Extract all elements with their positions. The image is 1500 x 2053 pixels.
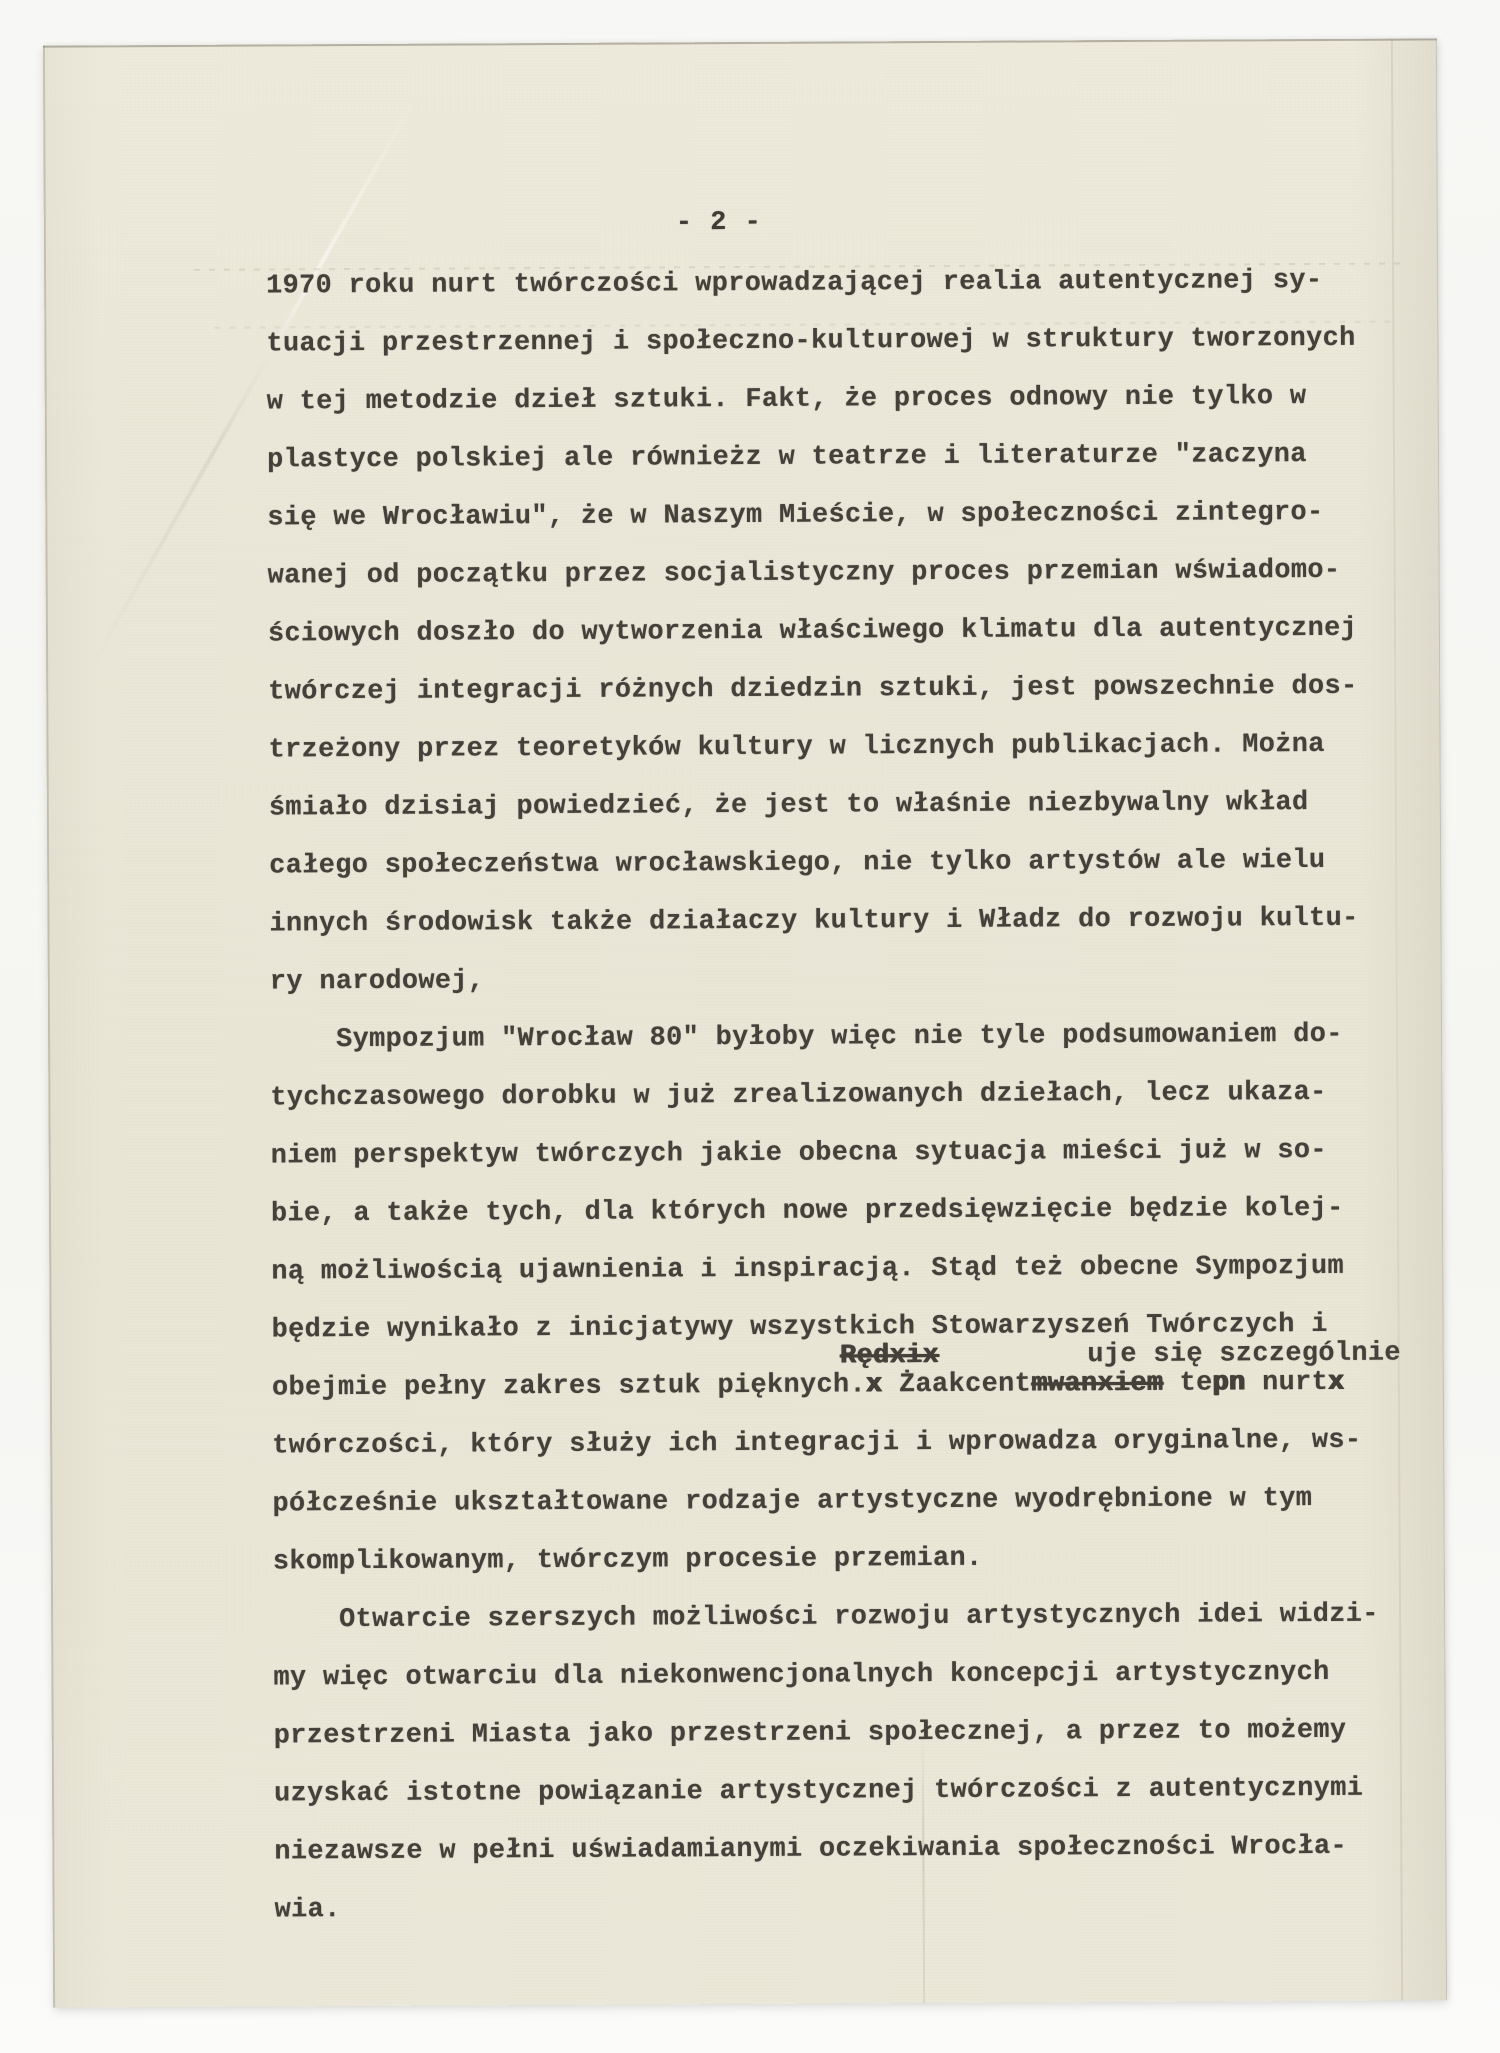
text-segment: ściowych doszło do wytworzenia właściweg…: [268, 614, 1357, 650]
text-segment: 1970 roku nurt twórczości wprowadzającej…: [266, 266, 1322, 302]
document-line: bie, a także tych, dla których nowe prze…: [271, 1180, 1411, 1244]
document-line: ściowych doszło do wytworzenia właściweg…: [268, 600, 1408, 664]
overstruck-text: pn: [1213, 1368, 1246, 1398]
document-line: uzyskać istotne powiązanie artystycznej …: [274, 1760, 1414, 1824]
document-line: się we Wrocławiu", że w Naszym Mieście, …: [267, 484, 1407, 548]
document-line: śmiało dzisiaj powiedzieć, że jest to wł…: [269, 774, 1409, 838]
document-line: tychczasowego dorobku w już zrealizowany…: [270, 1064, 1410, 1128]
text-segment: skomplikowanym, twórczym procesie przemi…: [273, 1544, 983, 1578]
text-segment: bie, a także tych, dla których nowe prze…: [271, 1194, 1344, 1230]
text-segment: półcześnie ukształtowane rodzaje artysty…: [272, 1484, 1312, 1519]
document-line: przestrzeni Miasta jako przestrzeni społ…: [274, 1702, 1414, 1766]
text-segment: Otwarcie szerszych możliwości rozwoju ar…: [273, 1600, 1379, 1636]
paper-sheet: - 2 - 1970 roku nurt twórczości wprowadz…: [43, 38, 1447, 2007]
text-segment: się we Wrocławiu", że w Naszym Mieście, …: [267, 498, 1323, 534]
document-line: wanej od początku przez socjalistyczny p…: [268, 542, 1408, 606]
text-segment: plastyce polskiej ale równieżz w teatrze…: [267, 440, 1307, 475]
text-segment: ną możliwością ujawnienia i inspiracją. …: [271, 1252, 1344, 1288]
text-segment: innych środowisk także działaczy kultury…: [269, 904, 1358, 940]
text-segment: uzyskać istotne powiązanie artystycznej …: [274, 1774, 1363, 1810]
text-segment: Sympozjum "Wrocław 80" byłoby więc nie t…: [270, 1020, 1343, 1056]
text-segment: całego społeczeństwa wrocławskiego, nie …: [269, 846, 1325, 882]
text-segment: w tej metodzie dzieł sztuki. Fakt, że pr…: [267, 382, 1307, 417]
struck-text: mwanxiem: [1031, 1369, 1163, 1400]
document-line: innych środowisk także działaczy kultury…: [269, 890, 1409, 954]
text-segment: Żaakcent: [882, 1370, 1031, 1401]
text-segment: przestrzeni Miasta jako przestrzeni społ…: [274, 1716, 1347, 1752]
text-segment: wanej od początku przez socjalistyczny p…: [268, 556, 1341, 592]
document-line: Sympozjum "Wrocław 80" byłoby więc nie t…: [270, 1006, 1410, 1070]
document-line: całego społeczeństwa wrocławskiego, nie …: [269, 832, 1409, 896]
document-line: niezawsze w pełni uświadamianymi oczekiw…: [274, 1818, 1414, 1882]
document-line: ną możliwością ujawnienia i inspiracją. …: [271, 1238, 1411, 1302]
document-line: Otwarcie szerszych możliwości rozwoju ar…: [273, 1586, 1413, 1650]
text-segment: tychczasowego dorobku w już zrealizowany…: [270, 1078, 1326, 1114]
document-line: w tej metodzie dzieł sztuki. Fakt, że pr…: [267, 368, 1407, 432]
page-number: - 2 -: [676, 208, 762, 238]
text-segment: niezawsze w pełni uświadamianymi oczekiw…: [274, 1832, 1347, 1868]
document-line: tuacji przestrzennej i społeczno-kulturo…: [266, 310, 1406, 374]
text-segment: obejmie pełny zakres sztuk pięknych.: [272, 1370, 866, 1403]
text-lines: 1970 roku nurt twórczości wprowadzającej…: [266, 252, 1415, 1940]
text-segment: twórczej integracji różnych dziedzin szt…: [268, 672, 1357, 708]
struck-text: Rędxix: [840, 1341, 939, 1372]
document-line: my więc otwarciu dla niekonwencjonalnych…: [273, 1644, 1413, 1708]
document-line: twórczej integracji różnych dziedzin szt…: [268, 658, 1408, 722]
document-line: trzeżony przez teoretyków kultury w licz…: [268, 716, 1408, 780]
document-line: skomplikowanym, twórczym procesie przemi…: [273, 1528, 1413, 1592]
document-line: ry narodowej,: [270, 948, 1410, 1012]
text-segment: tuacji przestrzennej i społeczno-kulturo…: [266, 324, 1355, 360]
text-segment: ry narodowej,: [270, 966, 485, 997]
document-line: półcześnie ukształtowane rodzaje artysty…: [272, 1470, 1412, 1534]
document-line: wia.: [274, 1876, 1414, 1940]
text-segment: uje się szczególnie: [939, 1339, 1401, 1371]
text-segment: nurt: [1246, 1368, 1329, 1398]
text-segment: my więc otwarciu dla niekonwencjonalnych…: [273, 1658, 1329, 1694]
document-line: 1970 roku nurt twórczości wprowadzającej…: [266, 252, 1406, 316]
document-line: niem perspektyw twórczych jakie obecna s…: [271, 1122, 1411, 1186]
text-segment: wia.: [275, 1895, 341, 1925]
text-segment: śmiało dzisiaj powiedzieć, że jest to wł…: [269, 788, 1309, 823]
document-line: plastyce polskiej ale równieżz w teatrze…: [267, 426, 1407, 490]
scan-background: - 2 - 1970 roku nurt twórczości wprowadz…: [0, 0, 1500, 2053]
document-line: twórczości, który służy ich integracji i…: [272, 1412, 1412, 1476]
text-segment: niem perspektyw twórczych jakie obecna s…: [271, 1136, 1327, 1172]
overstruck-text: x: [1328, 1368, 1345, 1398]
text-segment: te: [1163, 1369, 1213, 1399]
overstruck-text: x: [866, 1370, 883, 1400]
text-segment: trzeżony przez teoretyków kultury w licz…: [268, 730, 1324, 766]
text-segment: twórczości, który służy ich integracji i…: [272, 1426, 1361, 1462]
